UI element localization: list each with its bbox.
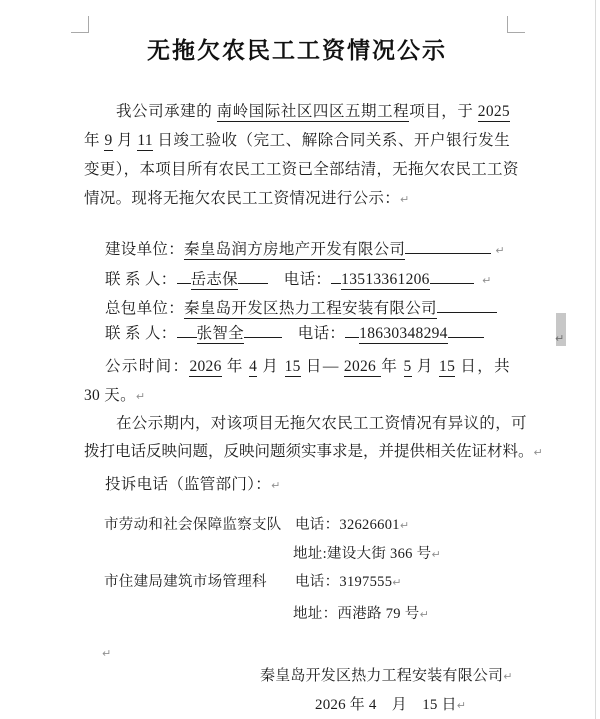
- paragraph1-line4: 情况。现将无拖欠农民工工资情况进行公示：↵: [84, 188, 409, 210]
- paragraph2-line2: 拨打电话反映问题，反映问题须实事求是，并提供相关佐证材料。↵: [84, 441, 543, 463]
- empty-paragraph-mark: ↵: [102, 642, 111, 664]
- contact2-phone: 电话：3197555↵: [295, 572, 401, 593]
- margin-corner-top-right-icon: [507, 16, 525, 33]
- form-line-general-contractor: 总包单位：秦皇岛开发区热力工程安装有限公司: [105, 296, 497, 319]
- contact1-department: 市劳动和社会保障监察支队: [104, 515, 282, 536]
- paragraph1-line2: 年 9 月 11 日竣工验收（完工、解除合同关系、开户银行发生: [84, 130, 510, 151]
- document-page[interactable]: 无拖欠农民工工资情况公示 我公司承建的 南岭国际社区四区五期工程项目，于 202…: [0, 0, 600, 719]
- signature-company: 秦皇岛开发区热力工程安装有限公司↵: [260, 666, 512, 687]
- form-line-publicity-period-cont: 30 天。↵: [84, 385, 145, 407]
- contact2-department: 市住建局建筑市场管理科: [104, 572, 267, 593]
- contact1-address: 地址:建设大街 366 号↵: [293, 544, 441, 565]
- form-line-contact2: 联 系 人：张智全 电话：18630348294: [105, 321, 484, 344]
- complaint-hotline-heading: 投诉电话（监管部门）：↵: [105, 474, 280, 496]
- return-mark-icon: ↵: [555, 332, 564, 345]
- form-line-publicity-period: 公示时间：2026 年 4 月 15 日— 2026 年 5 月 15 日，共: [105, 356, 510, 377]
- paragraph1-line3: 变更），本项目所有农民工工资已全部结清，无拖欠农民工工资: [84, 159, 510, 180]
- page-edge-line: [595, 0, 596, 719]
- signature-date: 2026 年 4 月 15 日↵: [315, 695, 466, 716]
- page-title: 无拖欠农民工工资情况公示: [84, 40, 510, 61]
- highlighted-paragraph-mark: ↵: [556, 313, 566, 346]
- margin-corner-top-left-icon: [71, 16, 89, 33]
- form-line-construction-unit: 建设单位：秦皇岛润方房地产开发有限公司 ↵: [105, 237, 505, 261]
- contact2-address: 地址：西港路 79 号↵: [293, 604, 429, 625]
- paragraph1-line1: 我公司承建的 南岭国际社区四区五期工程项目，于 2025: [84, 101, 510, 122]
- form-line-contact1: 联 系 人：岳志保 电话：13513361206 ↵: [105, 267, 491, 291]
- contact1-phone: 电话：32626601↵: [295, 515, 409, 536]
- paragraph2-line1: 在公示期内，对该项目无拖欠农民工工资情况有异议的，可: [84, 413, 510, 434]
